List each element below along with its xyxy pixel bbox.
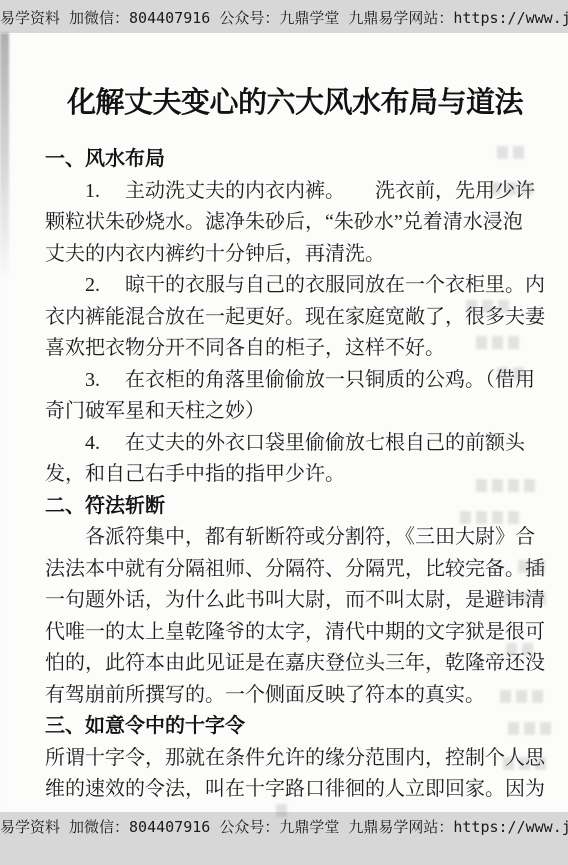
section-heading: 二、符法斩断 — [45, 491, 553, 523]
text-line: 2. 晾干的衣服与自己的衣服同放在一个衣柜里。内 — [45, 270, 553, 302]
text-line: 丈夫的内衣内裤约十分钟后，再清洗。 — [45, 239, 553, 271]
text-line: 3. 在衣柜的角落里偷偷放一只铜质的公鸡。（借用 — [45, 365, 553, 397]
text-line: 喜欢把衣物分开不同各自的柜子，这样不好。 — [45, 333, 553, 365]
document-page: 化解丈夫变心的六大风水布局与道法 一、风水布局 1. 主动洗丈夫的内衣内裤。 洗… — [6, 33, 568, 812]
watermark-banner-bottom: 易学资料 加微信：804407916 公众号：九鼎学堂 九鼎易学网站：https… — [0, 812, 568, 865]
section-heading: 三、如意令中的十字令 — [45, 711, 553, 743]
text-line: 一句题外话，为什么此书叫大尉，而不叫太尉，是避讳清 — [45, 585, 553, 617]
text-line: 所谓十字令，那就在条件允许的缘分范围内，控制个人思 — [45, 743, 553, 775]
section-heading: 一、风水布局 — [45, 144, 553, 176]
text-line: 发，和自己右手中指的指甲少许。 — [45, 459, 553, 491]
text-line: 代唯一的太上皇乾隆爷的太字，清代中期的文字狱是很可 — [45, 617, 553, 649]
text-line: 颗粒状朱砂烧水。滤净朱砂后，“朱砂水”兑着清水浸泡 — [45, 207, 553, 239]
text-line: 各派符集中，都有斩断符或分割符，《三田大尉》合 — [45, 522, 553, 554]
watermark-banner-top: 易学资料 加微信：804407916 公众号：九鼎学堂 九鼎易学网站：https… — [0, 0, 568, 33]
text-line: 维的速效的令法，叫在十字路口徘徊的人立即回家。因为 — [45, 774, 553, 806]
text-line: 1. 主动洗丈夫的内衣内裤。 洗衣前，先用少许 — [45, 176, 553, 208]
document-body: 一、风水布局 1. 主动洗丈夫的内衣内裤。 洗衣前，先用少许颗粒状朱砂烧水。滤净… — [45, 144, 553, 806]
text-line: 4. 在丈夫的外衣口袋里偷偷放七根自己的前额头 — [45, 428, 553, 460]
text-line: 有驾崩前所撰写的。一个侧面反映了符本的真实。 — [45, 680, 553, 712]
text-line: 法法本中就有分隔祖师、分隔符、分隔咒，比较完备。插 — [45, 554, 553, 586]
text-line: 衣内裤能混合放在一起更好。现在家庭宽敞了，很多夫妻 — [45, 302, 553, 334]
text-line: 奇门破军星和天柱之妙） — [45, 396, 553, 428]
document-title: 化解丈夫变心的六大风水布局与道法 — [45, 82, 545, 124]
scanned-document-view: 易学资料 加微信：804407916 公众号：九鼎学堂 九鼎易学网站：https… — [0, 0, 568, 865]
text-line: 怕的，此符本由此见证是在嘉庆登位头三年，乾隆帝还没 — [45, 648, 553, 680]
page-edge-shadow — [0, 33, 9, 283]
